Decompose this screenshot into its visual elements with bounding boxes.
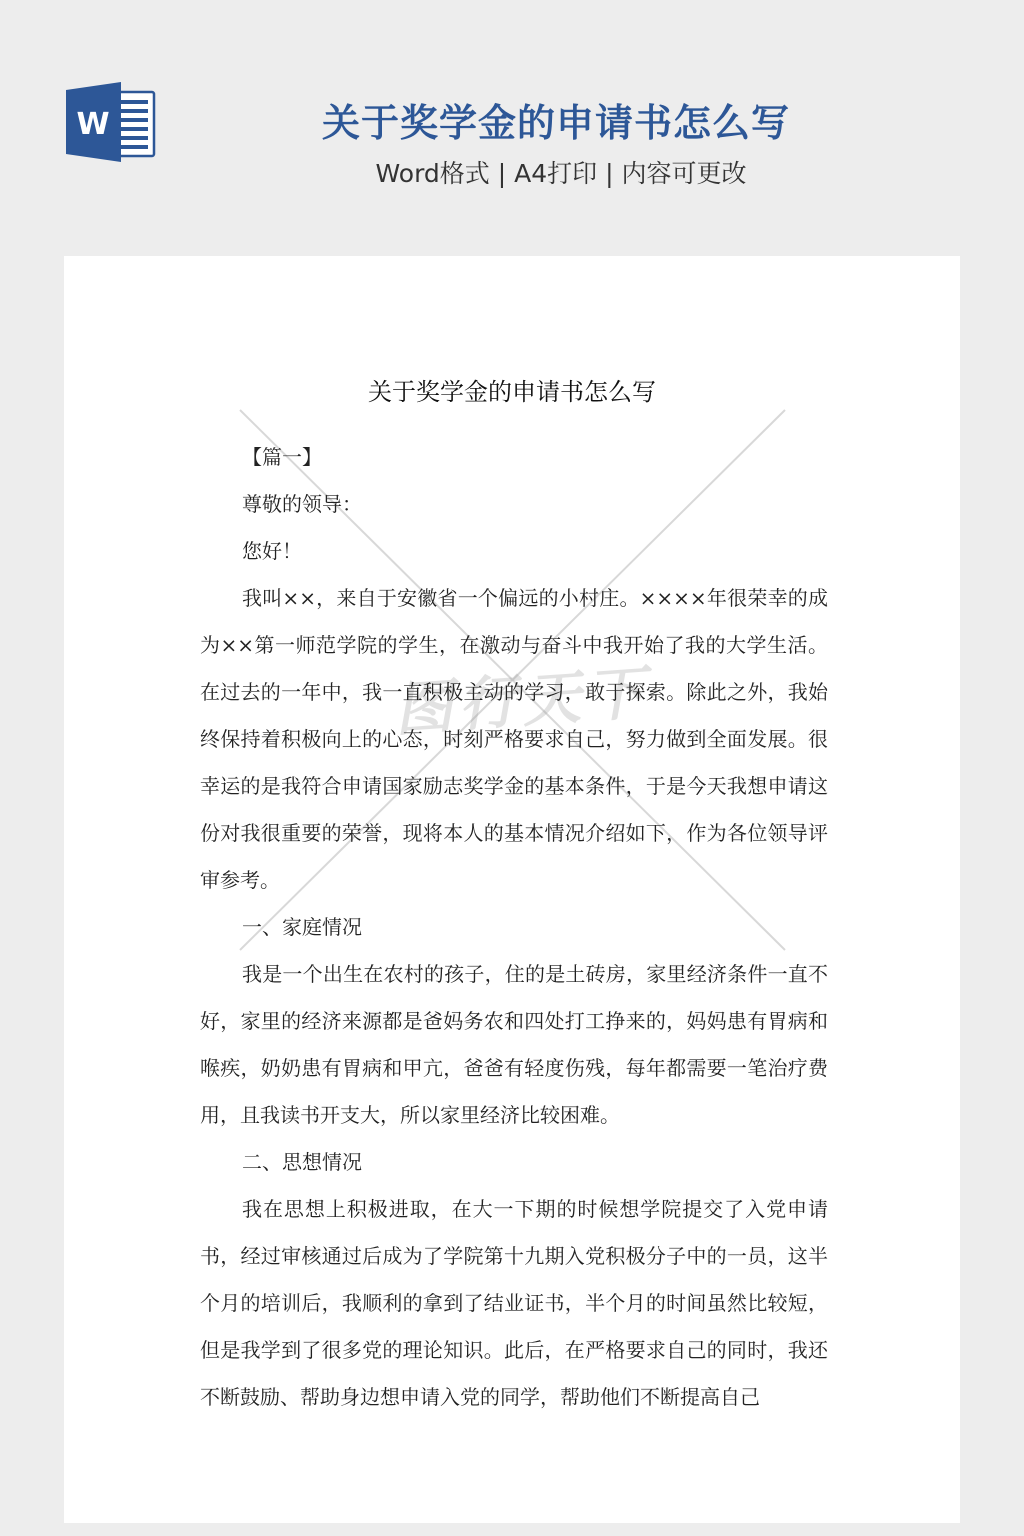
paragraph-intro: 我叫××，来自于安徽省一个偏远的小村庄。××××年很荣幸的成为××第一师范学院的… — [200, 575, 828, 904]
salutation: 尊敬的领导： — [200, 481, 828, 528]
paragraph-family: 我是一个出生在农村的孩子，住的是土砖房，家里经济条件一直不好，家里的经济来源都是… — [200, 951, 828, 1139]
section-label: 【篇一】 — [200, 434, 828, 481]
page-title: 关于奖学金的申请书怎么写 — [0, 92, 1024, 147]
heading-family: 一、家庭情况 — [200, 904, 828, 951]
heading-thoughts: 二、思想情况 — [200, 1139, 828, 1186]
paragraph-thoughts: 我在思想上积极进取，在大一下期的时候想学院提交了入党申请书，经过审核通过后成为了… — [200, 1186, 828, 1421]
greeting: 您好！ — [200, 528, 828, 575]
document-title: 关于奖学金的申请书怎么写 — [64, 372, 960, 407]
document-body: 【篇一】 尊敬的领导： 您好！ 我叫××，来自于安徽省一个偏远的小村庄。××××… — [200, 434, 828, 1421]
page-subtitle: Word格式 | A4打印 | 内容可更改 — [0, 154, 1024, 190]
document-page: 图行天下 关于奖学金的申请书怎么写 【篇一】 尊敬的领导： 您好！ 我叫××，来… — [64, 256, 960, 1523]
